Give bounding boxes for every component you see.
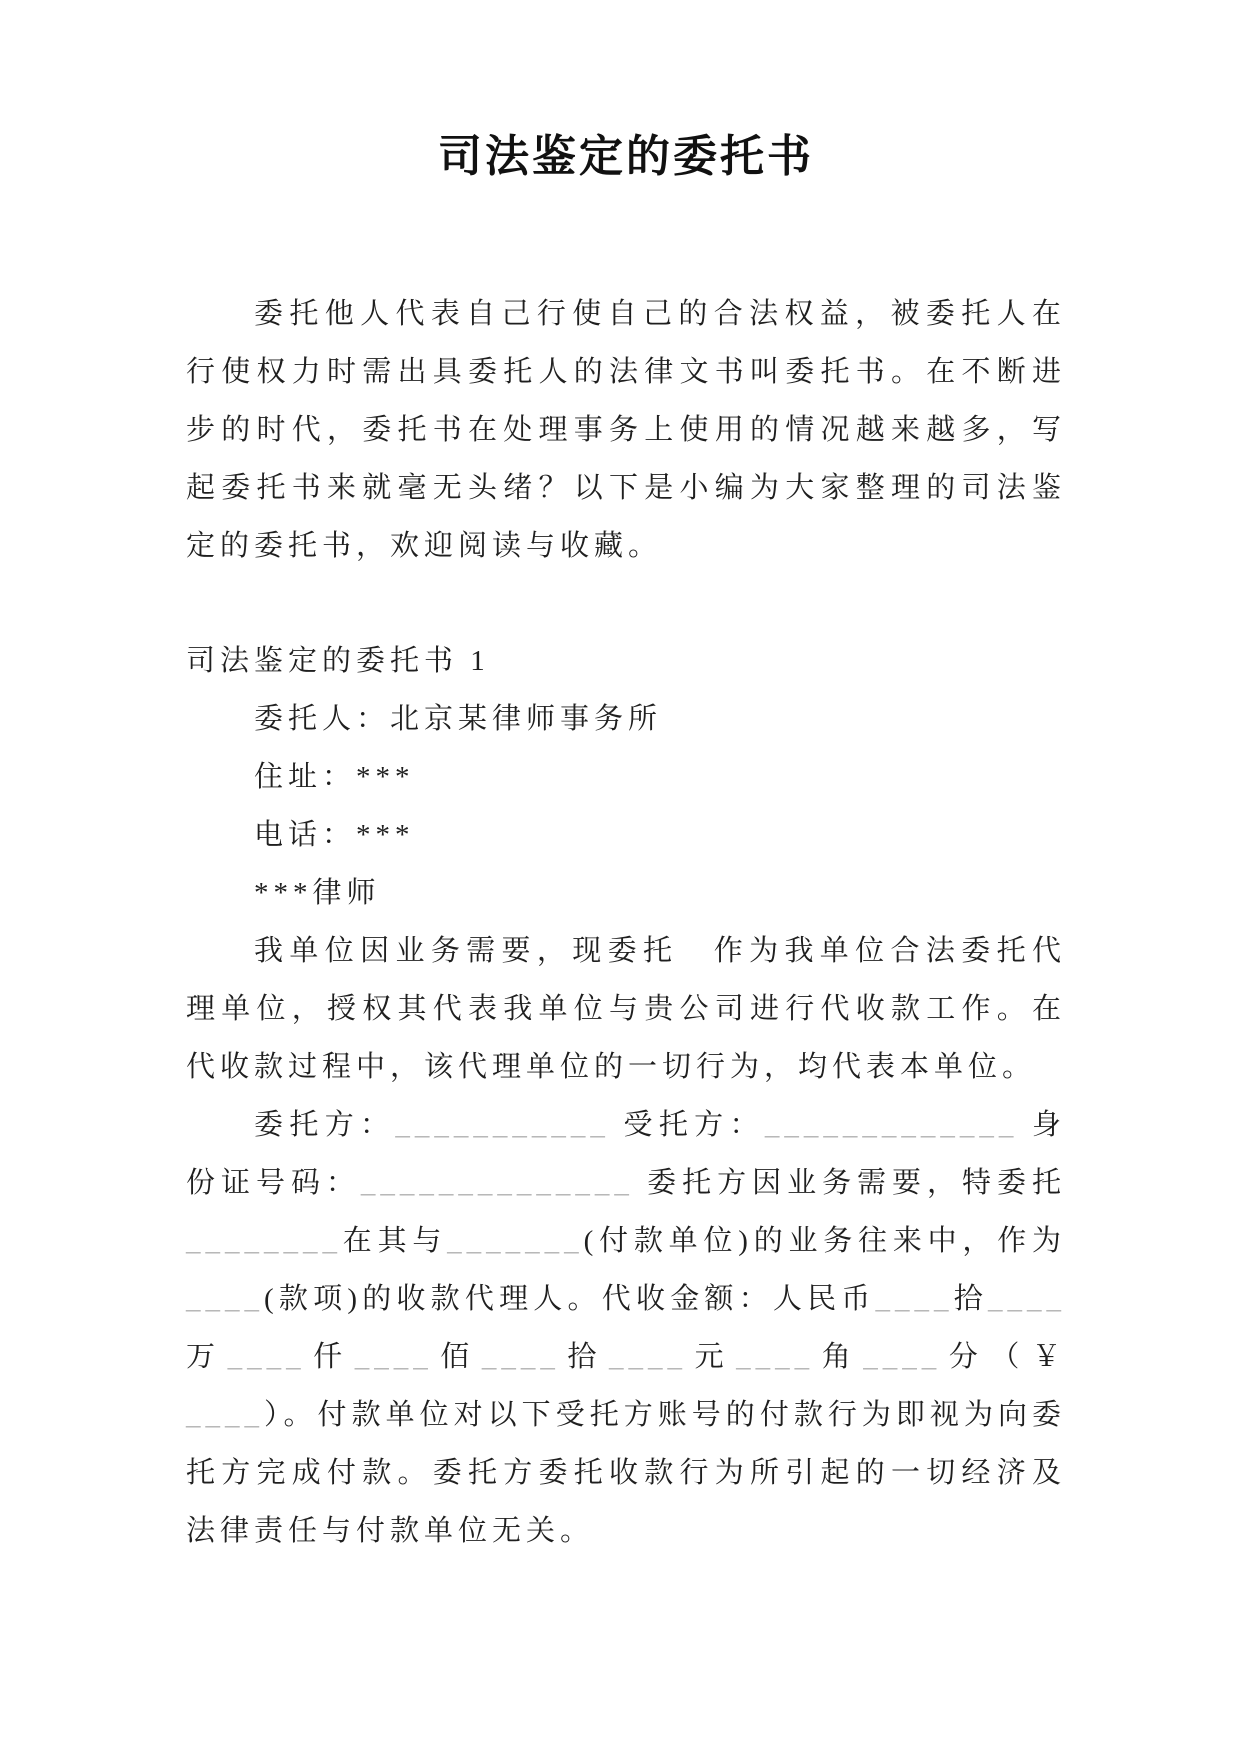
blank-underline: ____ <box>482 1341 560 1373</box>
blank-underline: _______ <box>447 1225 584 1257</box>
phone-line: 电话：*** <box>186 806 1066 864</box>
intro-paragraph: 委托他人代表自己行使自己的合法权益，被委托人在行使权力时需出具委托人的法律文书叫… <box>186 285 1066 575</box>
blank-underline: ______________ <box>361 1167 634 1199</box>
text-run: 万 <box>186 1341 228 1373</box>
text-run: 委托方： <box>254 1109 395 1141</box>
blank-underline: ____ <box>988 1283 1066 1315</box>
text-run: 委托他人代表自己行使自己的合法权益，被委托人在行使权力时需出具委托人的法律文书叫… <box>186 298 1066 562</box>
principal-line: 委托人：北京某律师事务所 <box>186 690 1066 748</box>
text-run: (付款单位)的业务往来中，作为 <box>584 1225 1066 1257</box>
authorization-paragraph: 我单位因业务需要，现委托 作为我单位合法委托代理单位，授权其代表我单位与贵公司进… <box>186 922 1066 1096</box>
text-run: 受托方： <box>610 1109 765 1141</box>
text-run: 在其与 <box>342 1225 447 1257</box>
address-line: 住址：*** <box>186 748 1066 806</box>
text-run: 委托方因业务需要，特委托 <box>634 1167 1066 1199</box>
blank-underline: ________ <box>186 1225 342 1257</box>
lawyer-line: ***律师 <box>186 864 1066 922</box>
blank-underline: ____ <box>228 1341 306 1373</box>
blank-underline: ____ <box>876 1283 954 1315</box>
text-run: 委托人：北京某律师事务所 <box>254 703 662 735</box>
text-run: ***律师 <box>254 877 381 909</box>
blank-underline: ____ <box>863 1341 941 1373</box>
text-run: 电话：*** <box>254 819 415 851</box>
text-run: 我单位因业务需要，现委托 作为我单位合法委托代理单位，授权其代表我单位与贵公司进… <box>186 935 1066 1083</box>
entrust-form-paragraph: 委托方：___________ 受托方：_____________ 身份证号码：… <box>186 1096 1066 1560</box>
text-run: 佰 <box>433 1341 482 1373</box>
blank-underline: ___________ <box>395 1109 610 1141</box>
text-run: 角 <box>814 1341 863 1373</box>
section-heading: 司法鉴定的委托书 1 <box>186 632 1066 690</box>
blank-underline: ____ <box>186 1399 264 1431</box>
blank-underline: _____________ <box>765 1109 1019 1141</box>
text-run: (款项)的收款代理人。代收金额：人民币 <box>264 1283 876 1315</box>
text-run: 拾 <box>954 1283 988 1315</box>
text-run: 住址：*** <box>254 761 415 793</box>
blank-underline: ____ <box>736 1341 814 1373</box>
blank-underline: ____ <box>186 1283 264 1315</box>
text-run: 元 <box>687 1341 736 1373</box>
document-body: 委托他人代表自己行使自己的合法权益，被委托人在行使权力时需出具委托人的法律文书叫… <box>186 285 1066 1560</box>
blank-underline: ____ <box>609 1341 687 1373</box>
text-run: 司法鉴定的委托书 1 <box>186 645 490 677</box>
document-page: 司法鉴定的委托书 委托他人代表自己行使自己的合法权益，被委托人在行使权力时需出具… <box>0 0 1241 1754</box>
blank-underline: ____ <box>355 1341 433 1373</box>
document-title: 司法鉴定的委托书 <box>186 128 1066 185</box>
text-run: 仟 <box>306 1341 355 1373</box>
text-run: 分（￥ <box>941 1341 1066 1373</box>
text-run: 拾 <box>560 1341 609 1373</box>
text-run: ）。付款单位对以下受托方账号的付款行为即视为向委托方完成付款。委托方委托收款行为… <box>186 1399 1066 1547</box>
